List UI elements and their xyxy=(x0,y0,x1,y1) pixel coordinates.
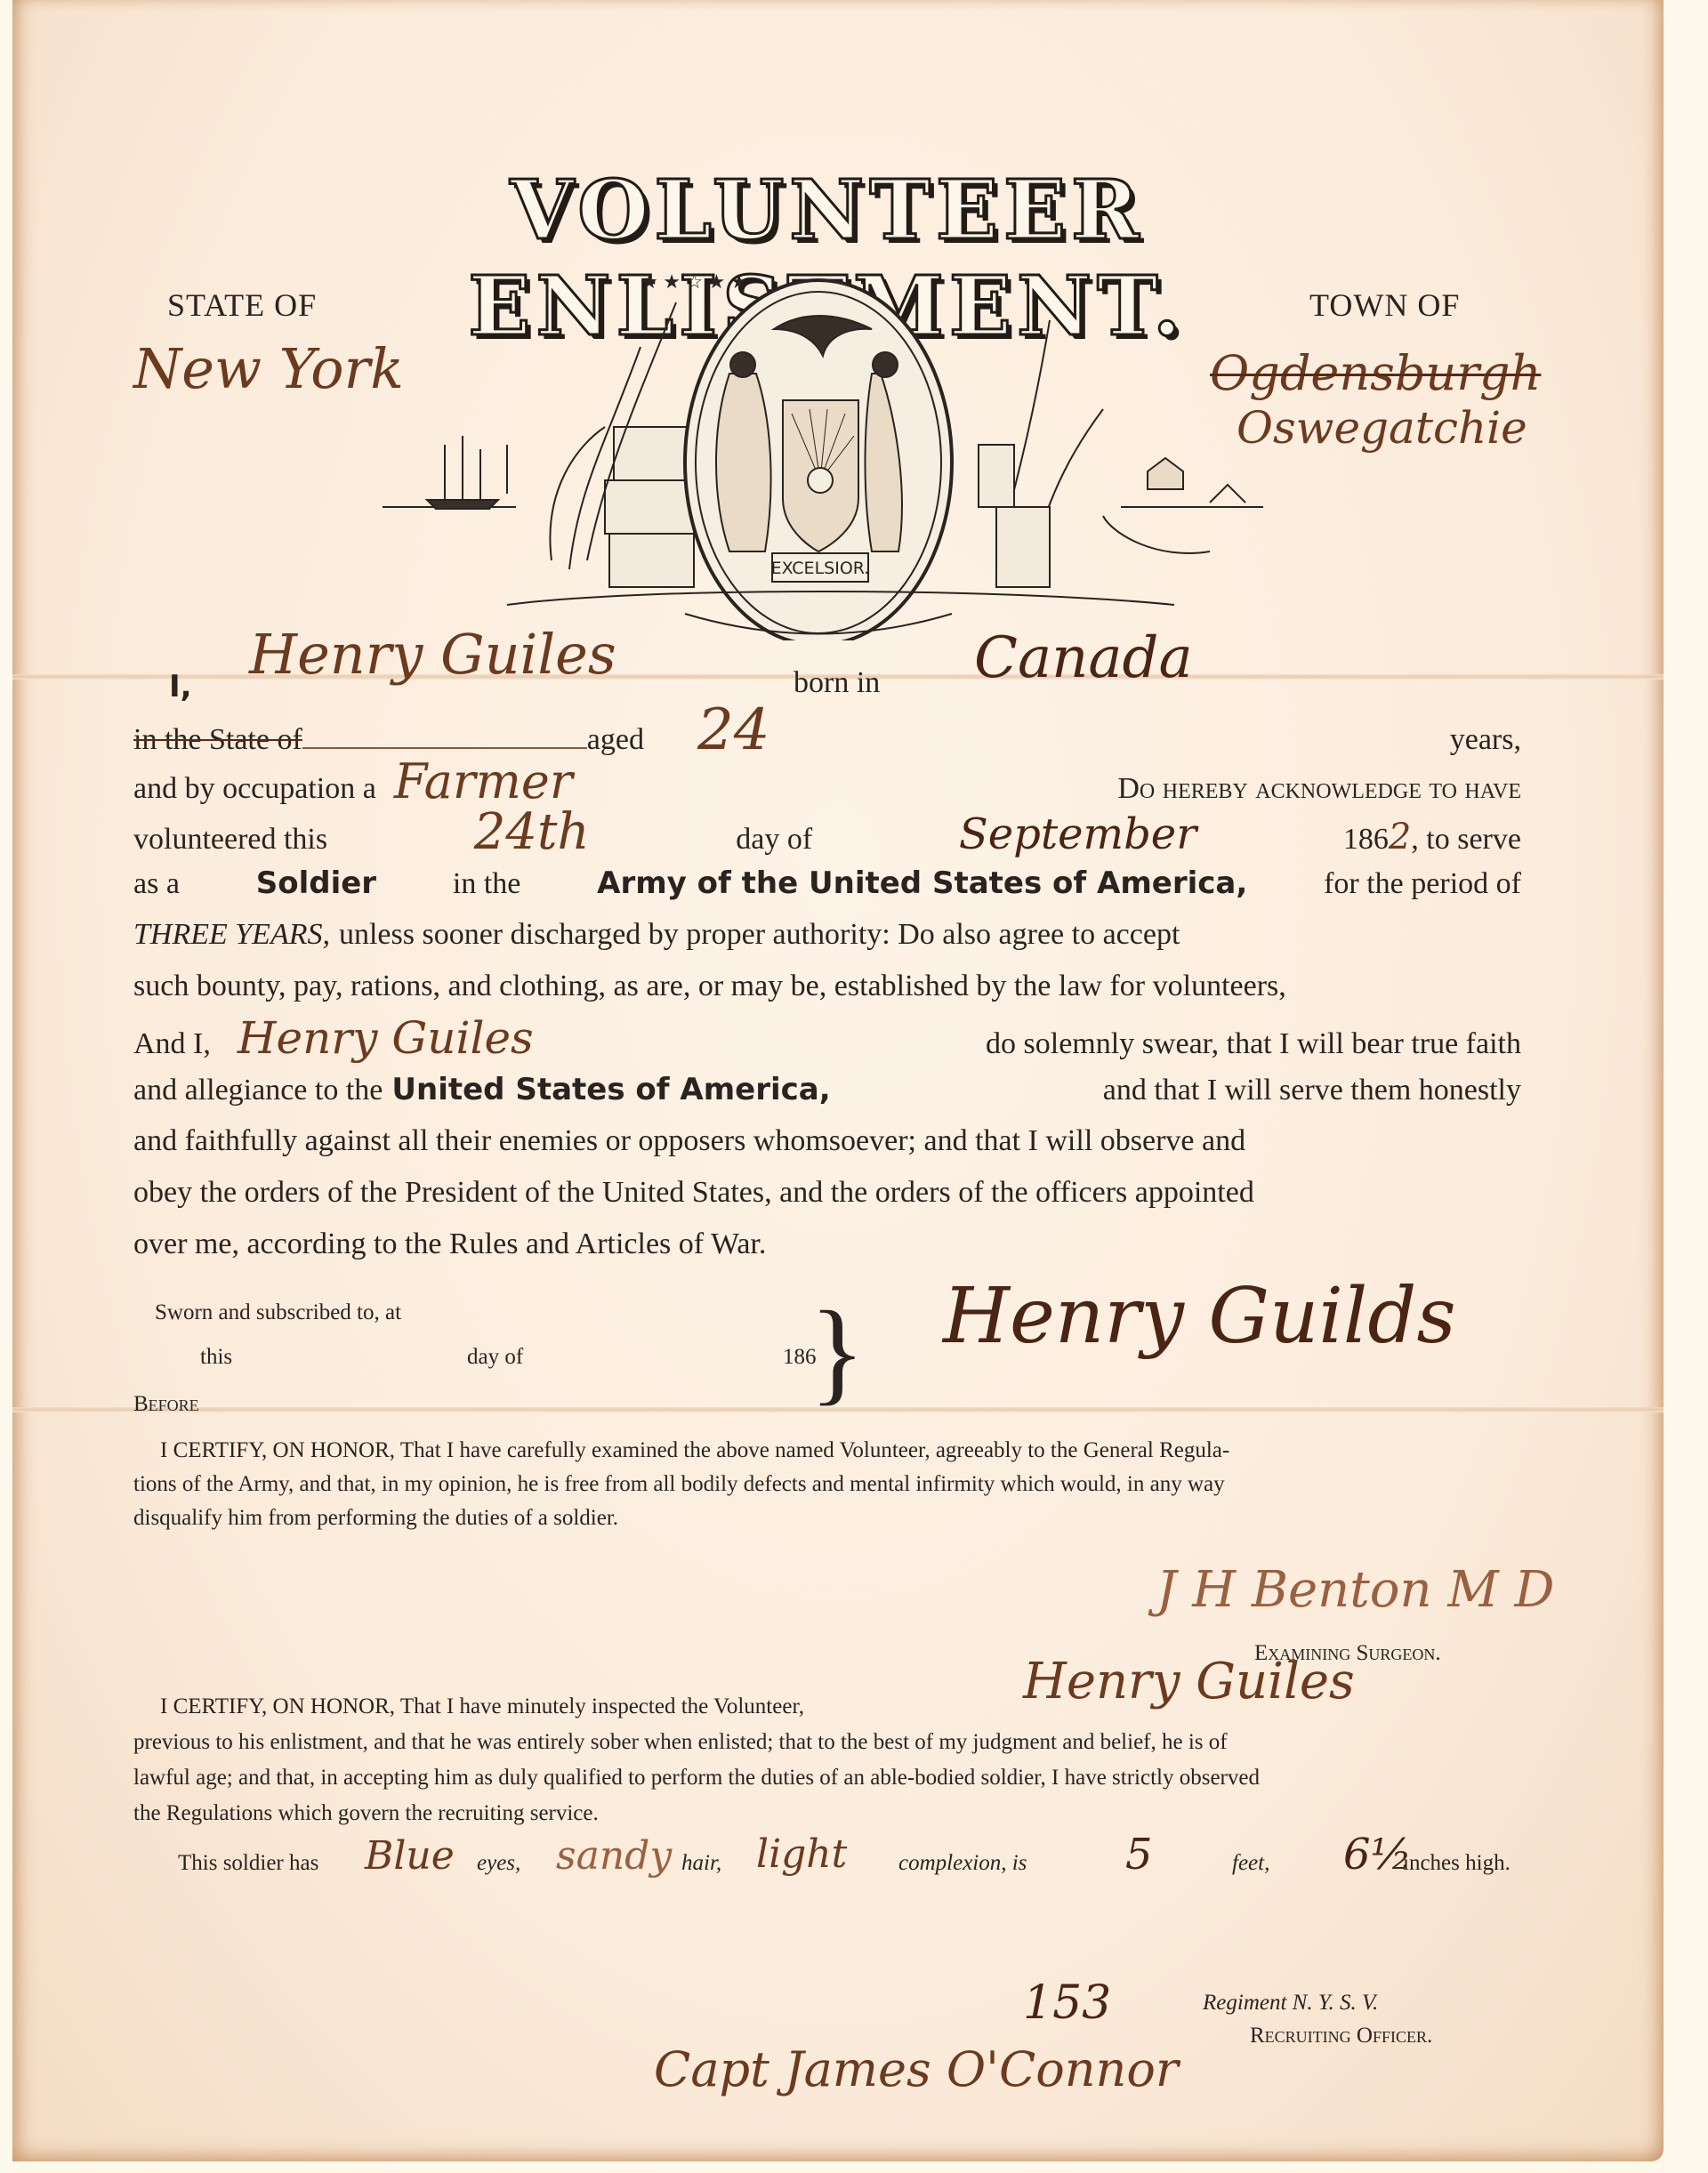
town-value: Oswegatchie xyxy=(1237,402,1527,454)
officer-cert-line-1: I CERTIFY, ON HONOR, That I have minutel… xyxy=(160,1690,804,1724)
state-value: New York xyxy=(133,336,404,401)
enlistment-line-1: I, Henry Guiles born in Canada xyxy=(169,645,1530,698)
physical-description: This soldier has Blue eyes, sandy hair, … xyxy=(178,1828,1530,1881)
recruiting-officer-signature: Capt James O'Connor xyxy=(654,2041,1179,2097)
day-value: 24th xyxy=(474,807,590,858)
state-seal-emblem: ★ ★ ☆ ★ ★ EXCELSIOR. xyxy=(374,267,1263,640)
officer-cert-line-4: the Regulations which govern the recruit… xyxy=(133,1797,599,1831)
surgeon-signature: J H Benton M D xyxy=(1156,1561,1554,1619)
hair-value: sandy xyxy=(556,1833,672,1879)
enlistment-line-5: as a Soldier in the Army of the United S… xyxy=(133,857,1521,910)
enlistment-line-8: And I, Henry Guiles do solemnly swear, t… xyxy=(133,1012,1521,1070)
officer-cert-volunteer-name: Henry Guiles xyxy=(1023,1653,1355,1710)
age-value: 24 xyxy=(697,704,769,756)
enlistment-line-9: and allegiance to the United States of A… xyxy=(133,1064,1521,1116)
enlistment-line-11: obey the orders of the President of the … xyxy=(133,1167,1521,1219)
height-feet-value: 5 xyxy=(1125,1830,1153,1879)
surgeon-cert-line-2: tions of the Army, and that, in my opini… xyxy=(133,1468,1548,1501)
brace-icon: } xyxy=(810,1294,865,1410)
svg-text:★ ★ ☆ ★ ★: ★ ★ ☆ ★ ★ xyxy=(640,270,748,293)
new-york-state-seal-icon: ★ ★ ☆ ★ ★ EXCELSIOR. xyxy=(374,267,1263,640)
oath-name: Henry Guiles xyxy=(238,1012,534,1064)
height-inches-value: 6½ xyxy=(1343,1830,1412,1879)
seal-motto: EXCELSIOR. xyxy=(771,559,870,578)
sworn-label: Sworn and subscribed to, at xyxy=(155,1296,401,1330)
officer-cert-line-2: previous to his enlistment, and that he … xyxy=(133,1726,1548,1759)
town-label: TOWN OF xyxy=(1309,286,1460,324)
enlistee-signature: Henry Guilds xyxy=(943,1272,1456,1361)
regiment-label: Regiment N. Y. S. V. xyxy=(1203,1991,1378,2016)
sworn-day-of-label: day of xyxy=(467,1340,523,1374)
month-value: September xyxy=(959,809,1196,860)
enlistment-line-7: such bounty, pay, rations, and clothing,… xyxy=(133,961,1521,1012)
surgeon-cert-line-1: I CERTIFY, ON HONOR, That I have careful… xyxy=(160,1434,1548,1468)
complexion-value: light xyxy=(756,1831,847,1877)
sworn-this-label: this xyxy=(200,1340,232,1374)
state-of-blank xyxy=(302,738,587,749)
birthplace-value: Canada xyxy=(974,632,1193,684)
enlistment-line-12: over me, according to the Rules and Arti… xyxy=(133,1219,766,1270)
enlistee-name: Henry Guiles xyxy=(249,629,616,680)
eyes-value: Blue xyxy=(365,1833,455,1879)
enlistment-line-6: THREE YEARS, unless sooner discharged by… xyxy=(133,909,1521,961)
officer-cert-line-3: lawful age; and that, in accepting him a… xyxy=(133,1761,1548,1795)
regiment-number: 153 xyxy=(1023,1976,1111,2030)
recruiting-officer-title: Recruiting Officer. xyxy=(1250,2024,1432,2048)
born-in-label: born in xyxy=(794,657,880,709)
before-label: Before xyxy=(133,1388,199,1421)
enlistment-line-10: and faithfully against all their enemies… xyxy=(133,1115,1521,1167)
state-label: STATE OF xyxy=(167,286,317,324)
occupation-value: Farmer xyxy=(394,756,573,808)
surgeon-cert-line-3: disqualify him from performing the dutie… xyxy=(133,1501,618,1535)
